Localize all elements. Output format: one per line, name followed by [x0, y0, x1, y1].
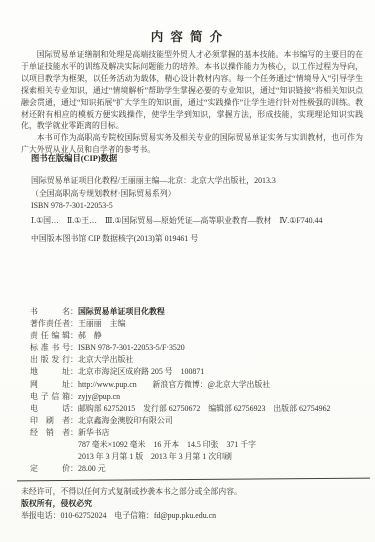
colophon-label: 网址 — [30, 379, 70, 391]
colophon-row-editor: 责任编辑：郝 静 — [30, 330, 369, 342]
colophon-separator: ： — [70, 427, 78, 439]
cip-record-number: 中国版本图书馆 CIP 数据核字(2013)第 019461 号 — [31, 233, 363, 245]
colophon-row-printer: 印刷者：北京鑫海金澳胶印有限公司 — [30, 415, 369, 427]
colophon-row-edition: 2013 年 3 月第 1 版 2013 年 3 月第 1 次印刷 — [30, 451, 369, 463]
colophon-value: 新华书店 — [78, 428, 110, 437]
copyright-notice-block: 未经许可，不得以任何方式复制或抄袭本书之部分或全部内容。 版权所有，侵权必究 举… — [21, 486, 363, 523]
content-summary: 国际贸易单证缮制和处理是高端技能型外贸人才必须掌握的基本技能。本书编写的主要目的… — [21, 49, 363, 156]
colophon-label: 责任编辑 — [30, 330, 70, 342]
colophon-row-phone: 电话：邮购部 62752015 发行部 62750672 编辑部 6275692… — [30, 403, 369, 415]
colophon-separator: ： — [70, 463, 78, 475]
colophon-separator: ： — [70, 318, 78, 330]
colophon-row-price: 定价：28.00 元 — [30, 463, 369, 475]
colophon-label: 定价 — [30, 463, 70, 475]
colophon-separator: ： — [70, 306, 78, 318]
colophon-value: 国际贸易单证项目化教程 — [78, 307, 165, 316]
notice-line-all-rights-reserved: 版权所有，侵权必究 — [21, 498, 363, 510]
colophon-value: 郝 静 — [78, 331, 102, 340]
colophon-value: 北京鑫海金澳胶印有限公司 — [78, 416, 173, 425]
colophon-label: 印刷者 — [30, 415, 70, 427]
cip-entry-line-2: （全国高职高专规划教材·国际贸易系列） — [31, 188, 363, 200]
colophon-label: 出版发行 — [30, 354, 70, 366]
divider-rule — [17, 478, 370, 482]
colophon-row-book-title: 书名：国际贸易单证项目化教程 — [30, 306, 369, 318]
cip-data-block: 图书在版编目(CIP)数据 国际贸易单证项目化教程/王丽丽主编—北京：北京大学出… — [31, 153, 363, 246]
colophon-value: http://www.pup.cn 新浪官方微博：@北京大学出版社 — [78, 380, 270, 389]
colophon-label: 电子信箱 — [30, 391, 70, 403]
colophon-label: 经销者 — [30, 427, 70, 439]
colophon-value: 2013 年 3 月第 1 版 2013 年 3 月第 1 次印刷 — [78, 452, 232, 461]
colophon-separator: ： — [70, 354, 78, 366]
colophon-separator: ： — [70, 366, 78, 378]
colophon-row-distributor: 经销者：新华书店 — [30, 427, 369, 439]
notice-line-report-contact: 举报电话：010-62752024 电子信箱：fd@pup.pku.edu.cn — [21, 510, 363, 522]
colophon-row-format: 787 毫米×1092 毫米 16 开本 14.5 印张 371 千字 — [30, 439, 369, 451]
colophon-value: ISBN 978-7-301-22053-5/F·3520 — [78, 343, 185, 352]
colophon-value: zyjy@pup.cn — [78, 392, 120, 401]
colophon-value: 787 毫米×1092 毫米 16 开本 14.5 印张 371 千字 — [78, 440, 256, 449]
colophon-value: 王丽丽 主编 — [78, 319, 125, 328]
colophon-separator: ： — [70, 379, 78, 391]
cip-entry-line-3: ISBN 978-7-301-22053-5 — [31, 200, 363, 212]
colophon-value: 北京市海淀区成府路 205 号 100871 — [78, 367, 204, 376]
colophon-label: 电话 — [30, 403, 70, 415]
colophon-separator: ： — [70, 415, 78, 427]
colophon-row-isbn: 标准书号：ISBN 978-7-301-22053-5/F·3520 — [30, 342, 369, 354]
cip-heading: 图书在版编目(CIP)数据 — [31, 153, 363, 165]
colophon-row-website: 网址：http://www.pup.cn 新浪官方微博：@北京大学出版社 — [30, 379, 369, 391]
cip-classification: Ⅰ.①国… Ⅱ.①王… Ⅲ.①国际贸易—原始凭证—高等职业教育—教材 Ⅳ.①F7… — [31, 215, 363, 227]
colophon-value: 邮购部 62752015 发行部 62750672 编辑部 62756923 出… — [78, 404, 331, 413]
colophon-separator: ： — [70, 330, 78, 342]
colophon: 书名：国际贸易单证项目化教程 著作责任者：王丽丽 主编 责任编辑：郝 静 标准书… — [30, 306, 369, 475]
colophon-label: 标准书号 — [30, 342, 70, 354]
colophon-separator: ： — [70, 342, 78, 354]
page-title: 内 容 简 介 — [0, 27, 375, 45]
colophon-label: 书名 — [30, 306, 70, 318]
colophon-separator: ： — [70, 403, 78, 415]
colophon-row-publisher: 出版发行：北京大学出版社 — [30, 354, 369, 366]
colophon-value: 北京大学出版社 — [78, 355, 133, 364]
colophon-row-email: 电子信箱：zyjy@pup.cn — [30, 391, 369, 403]
colophon-label: 著作责任者 — [30, 318, 70, 330]
colophon-label: 地址 — [30, 366, 70, 378]
colophon-row-author: 著作责任者：王丽丽 主编 — [30, 318, 369, 330]
intro-paragraph-1: 国际贸易单证缮制和处理是高端技能型外贸人才必须掌握的基本技能。本书编写的主要目的… — [21, 49, 363, 132]
book-copyright-page: 内 容 简 介 国际贸易单证缮制和处理是高端技能型外贸人才必须掌握的基本技能。本… — [0, 0, 375, 542]
colophon-value: 28.00 元 — [78, 464, 106, 473]
colophon-row-address: 地址：北京市海淀区成府路 205 号 100871 — [30, 366, 369, 378]
notice-line-no-copy: 未经许可，不得以任何方式复制或抄袭本书之部分或全部内容。 — [21, 486, 363, 498]
colophon-separator: ： — [70, 391, 78, 403]
cip-entry-line-1: 国际贸易单证项目化教程/王丽丽主编—北京：北京大学出版社，2013.3 — [31, 175, 363, 187]
